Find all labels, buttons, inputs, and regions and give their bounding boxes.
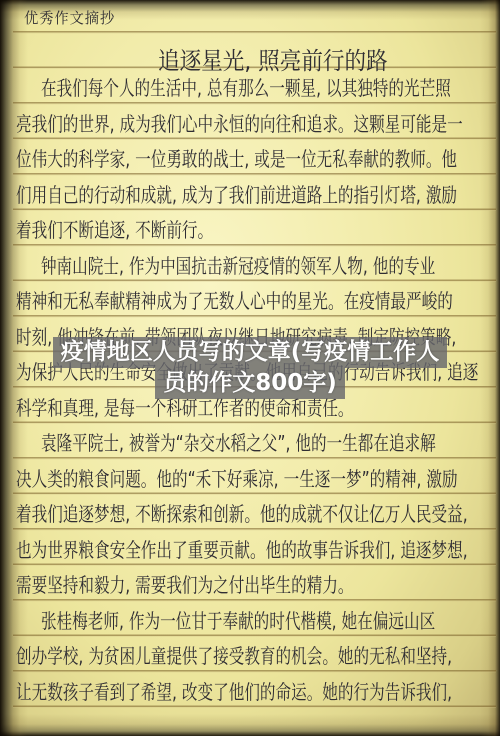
essay-line: 们用自己的行动和成就, 成为了我们前进道路上的指引灯塔, 激励 — [16, 174, 492, 210]
essay-line: 钟南山院士, 作为中国抗击新冠疫情的领军人物, 他的专业 — [16, 245, 492, 281]
essay-line: 让无数孩子看到了希望, 改变了他们的命运。她的行为告诉我们, — [16, 671, 492, 707]
essay-line: 着我们追逐梦想, 不断探索和创新。他的成就不仅让亿万人民受益, — [16, 494, 492, 530]
essay-line: 科学和真理, 是每一个科研工作者的使命和责任。 — [16, 387, 492, 423]
essay-line: 着我们不断追逐, 不断前行。 — [16, 210, 492, 246]
essay-line: 在我们每个人的生活中, 总有那么一颗星, 以其独特的光芒照 — [16, 68, 492, 104]
essay-line: 袁隆平院士, 被誉为“杂交水稻之父”, 他的一生都在追求解 — [16, 423, 492, 459]
essay-line: 时刻, 他冲锋在前, 带领团队夜以继日地研究病毒, 制定防控策略, — [16, 316, 492, 352]
essay-line: 张桂梅老师, 作为一位甘于奉献的时代楷模, 她在偏远山区 — [16, 600, 492, 636]
essay-line: 精神和无私奉献精神成为了无数人心中的星光。在疫情最严峻的 — [16, 281, 492, 317]
notebook-page: 优秀作文摘抄 追逐星光, 照亮前行的路 在我们每个人的生活中, 总有那么一颗星,… — [0, 0, 500, 736]
essay-line: 位伟大的科学家, 一位勇敢的战士, 或是一位无私奉献的教师。他 — [16, 139, 492, 175]
essay-line: 也为世界粮食安全作出了重要贡献。他的故事告诉我们, 追逐梦想, — [16, 529, 492, 565]
essay-line: 需要坚持和毅力, 需要我们为之付出毕生的精力。 — [16, 565, 492, 601]
essay-line: 亮我们的世界, 成为我们心中永恒的向往和追求。这颗星可能是一 — [16, 103, 492, 139]
essay-line: 决人类的粮食问题。他的“禾下好乘凉, 一生逐一梦”的精神, 激励 — [16, 458, 492, 494]
corner-label: 优秀作文摘抄 — [24, 7, 115, 28]
essay-line: 创办学校, 为贫困儿童提供了接受教育的机会。她的无私和坚持, — [16, 636, 492, 672]
essay-line: 为保护人民的生命安全做出了贡献。他用自己的行动告诉我们, 追逐 — [16, 352, 492, 388]
essay-body: 在我们每个人的生活中, 总有那么一颗星, 以其独特的光芒照 亮我们的世界, 成为… — [16, 68, 492, 707]
